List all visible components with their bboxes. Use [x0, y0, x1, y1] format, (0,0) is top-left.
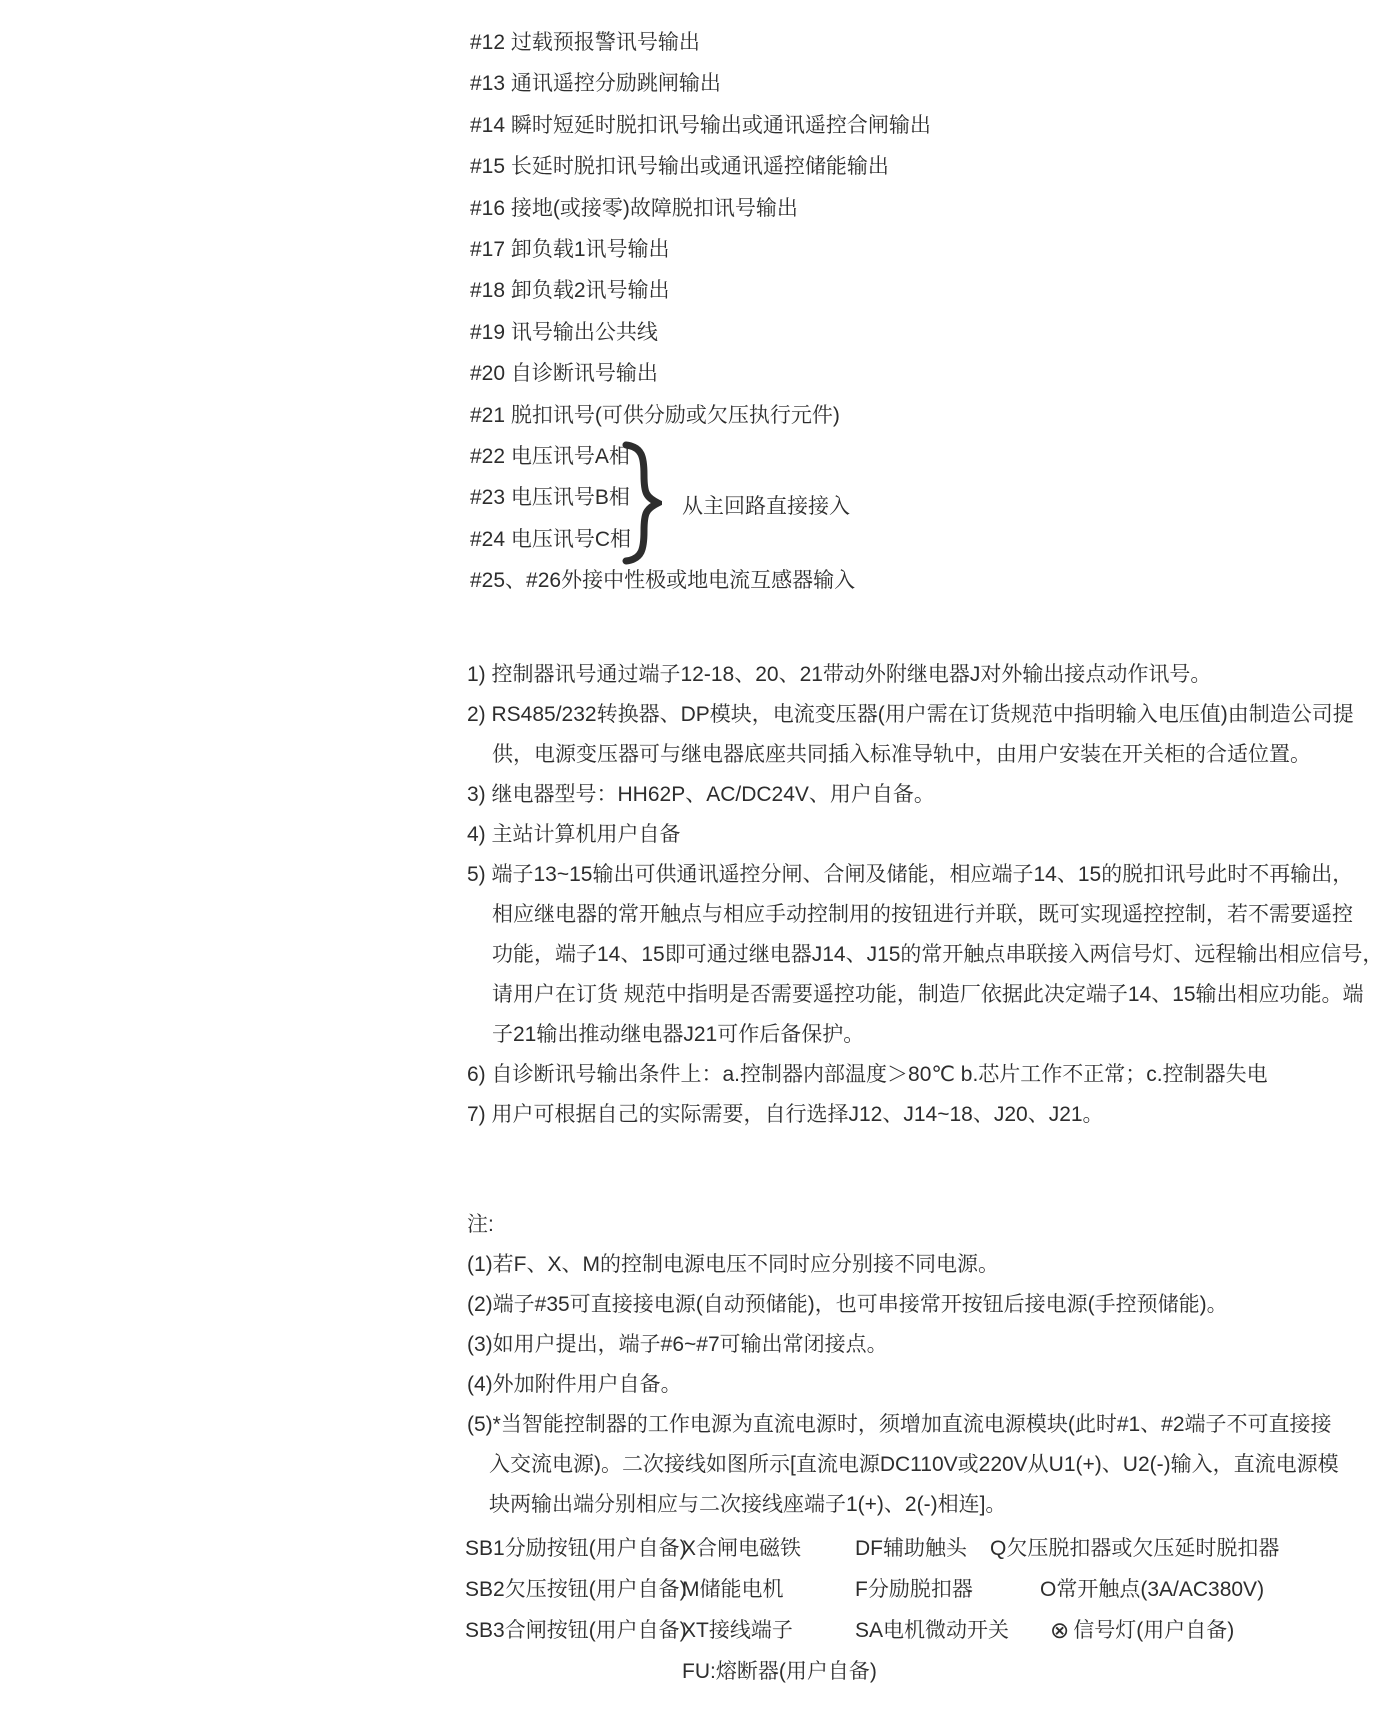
legend-item-f: F分励脱扣器 [855, 1569, 973, 1610]
terminal-item: #18 卸负载2讯号输出 [470, 270, 931, 311]
remark-line: (1)若F、X、M的控制电源电压不同时应分别接不同电源。 [467, 1245, 1339, 1285]
remarks-heading: 注: [467, 1205, 1339, 1245]
terminal-item: #13 通讯遥控分励跳闸输出 [470, 63, 931, 104]
note-line: 2) RS485/232转换器、DP模块，电流变压器(用户需在订货规范中指明输入… [467, 695, 1383, 735]
terminal-item: #19 讯号输出公共线 [470, 312, 931, 353]
component-legend: SB1分励按钮(用户自备) X合闸电磁铁 DF辅助触头 Q欠压脱扣器或欠压延时脱… [465, 1528, 1400, 1692]
legend-item-sa: SA电机微动开关 [855, 1610, 1009, 1651]
legend-item-signal-lamp: ⊗信号灯(用户自备) [1050, 1610, 1234, 1651]
legend-row: SB2欠压按钮(用户自备) M储能电机 F分励脱扣器 O常开触点(3A/AC38… [465, 1569, 1400, 1610]
legend-item-o: O常开触点(3A/AC380V) [1040, 1569, 1264, 1610]
terminal-item-external-ct: #25、#26外接中性极或地电流互感器输入 [470, 560, 931, 601]
terminal-item: #17 卸负载1讯号输出 [470, 229, 931, 270]
note-line: 请用户在订货 规范中指明是否需要遥控功能，制造厂依据此决定端子14、15输出相应… [467, 975, 1383, 1015]
terminal-item: #21 脱扣讯号(可供分励或欠压执行元件) [470, 395, 931, 436]
notes-section: 1) 控制器讯号通过端子12-18、20、21带动外附继电器J对外输出接点动作讯… [467, 655, 1383, 1135]
curly-brace-icon [618, 441, 662, 565]
signal-lamp-icon: ⊗ [1050, 1617, 1069, 1643]
legend-item-fu: FU:熔断器(用户自备) [682, 1651, 877, 1692]
note-line: 功能，端子14、15即可通过继电器J14、J15的常开触点串联接入两信号灯、远程… [467, 935, 1383, 975]
legend-row: FU:熔断器(用户自备) [465, 1651, 1400, 1692]
document-page: #12 过载预报警讯号输出 #13 通讯遥控分励跳闸输出 #14 瞬时短延时脱扣… [0, 0, 1400, 1725]
brace-group-label: 从主回路直接接入 [682, 490, 850, 520]
remark-line: (4)外加附件用户自备。 [467, 1365, 1339, 1405]
legend-item-df: DF辅助触头 [855, 1528, 967, 1569]
terminal-item: #12 过载预报警讯号输出 [470, 22, 931, 63]
note-line: 子21输出推动继电器J21可作后备保护。 [467, 1015, 1383, 1055]
terminal-list: #12 过载预报警讯号输出 #13 通讯遥控分励跳闸输出 #14 瞬时短延时脱扣… [470, 22, 931, 602]
terminal-item: #15 长延时脱扣讯号输出或通讯遥控储能输出 [470, 146, 931, 187]
legend-item-x: X合闸电磁铁 [682, 1528, 801, 1569]
note-line: 1) 控制器讯号通过端子12-18、20、21带动外附继电器J对外输出接点动作讯… [467, 655, 1383, 695]
legend-row: SB3合闸按钮(用户自备) XT接线端子 SA电机微动开关 ⊗信号灯(用户自备) [465, 1610, 1400, 1651]
note-line: 相应继电器的常开触点与相应手动控制用的按钮进行并联，既可实现遥控控制，若不需要遥… [467, 895, 1383, 935]
remark-line: 入交流电源)。二次接线如图所示[直流电源DC110V或220V从U1(+)、U2… [467, 1445, 1339, 1485]
legend-item-xt: XT接线端子 [682, 1610, 793, 1651]
legend-item-q: Q欠压脱扣器或欠压延时脱扣器 [990, 1528, 1279, 1569]
terminal-item: #20 自诊断讯号输出 [470, 353, 931, 394]
note-line: 5) 端子13~15输出可供通讯遥控分闸、合闸及储能，相应端子14、15的脱扣讯… [467, 855, 1383, 895]
note-line: 供，电源变压器可与继电器底座共同插入标准导轨中，由用户安装在开关柜的合适位置。 [467, 735, 1383, 775]
legend-item-sb3: SB3合闸按钮(用户自备) [465, 1610, 687, 1651]
note-line: 3) 继电器型号：HH62P、AC/DC24V、用户自备。 [467, 775, 1383, 815]
terminal-item: #16 接地(或接零)故障脱扣讯号输出 [470, 188, 931, 229]
legend-item-m: M储能电机 [682, 1569, 784, 1610]
remark-line: (3)如用户提出，端子#6~#7可输出常闭接点。 [467, 1325, 1339, 1365]
terminal-item: #14 瞬时短延时脱扣讯号输出或通讯遥控合闸输出 [470, 105, 931, 146]
legend-item-signal-lamp-label: 信号灯(用户自备) [1073, 1619, 1234, 1642]
legend-item-sb2: SB2欠压按钮(用户自备) [465, 1569, 687, 1610]
legend-row: SB1分励按钮(用户自备) X合闸电磁铁 DF辅助触头 Q欠压脱扣器或欠压延时脱… [465, 1528, 1400, 1569]
terminal-item-phase-a: #22 电压讯号A相 [470, 436, 931, 477]
legend-item-sb1: SB1分励按钮(用户自备) [465, 1528, 687, 1569]
note-line: 6) 自诊断讯号输出条件上：a.控制器内部温度＞80℃ b.芯片工作不正常；c.… [467, 1055, 1383, 1095]
remark-line: (5)*当智能控制器的工作电源为直流电源时，须增加直流电源模块(此时#1、#2端… [467, 1405, 1339, 1445]
note-line: 4) 主站计算机用户自备 [467, 815, 1383, 855]
remarks-section: 注: (1)若F、X、M的控制电源电压不同时应分别接不同电源。 (2)端子#35… [467, 1205, 1339, 1525]
remark-line: 块两输出端分别相应与二次接线座端子1(+)、2(-)相连]。 [467, 1485, 1339, 1525]
remark-line: (2)端子#35可直接接电源(自动预储能)，也可串接常开按钮后接电源(手控预储能… [467, 1285, 1339, 1325]
terminal-item-phase-c: #24 电压讯号C相 [470, 519, 931, 560]
note-line: 7) 用户可根据自己的实际需要，自行选择J12、J14~18、J20、J21。 [467, 1095, 1383, 1135]
